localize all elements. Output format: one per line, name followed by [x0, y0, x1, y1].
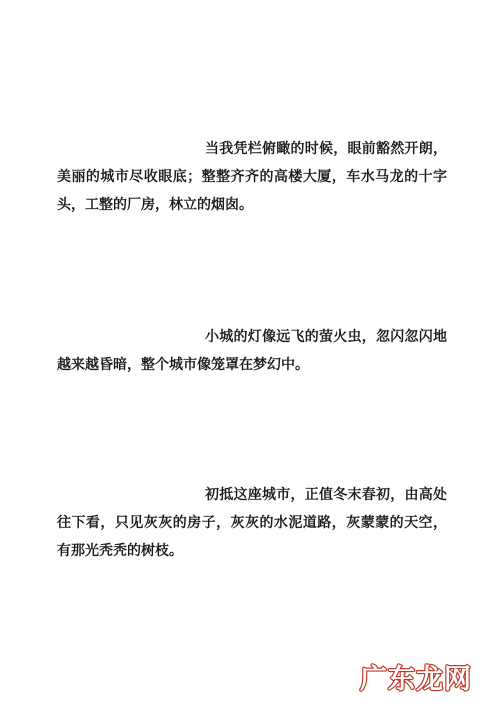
text-line: 越来越昏暗，整个城市像笼罩在梦幻中。: [57, 352, 447, 380]
text-line: 初抵这座城市，正值冬末春初，由高处: [57, 482, 447, 510]
text-line: 美丽的城市尽收眼底；整整齐齐的高楼大厦，车水马龙的十字街: [57, 164, 447, 192]
watermark-text: 广东龙网: [360, 664, 472, 695]
paragraph-first-arrival: 初抵这座城市，正值冬末春初，由高处 往下看，只见灰灰的房子，灰灰的水泥道路，灰蒙…: [57, 482, 447, 566]
text-line: 小城的灯像远飞的萤火虫，忽闪忽闪地: [57, 324, 447, 352]
text-line: 往下看，只见灰灰的房子，灰灰的水泥道路，灰蒙蒙的天空，还: [57, 510, 447, 538]
text-line: 头，工整的厂房，林立的烟囱。: [57, 192, 447, 220]
text-line: 当我凭栏俯瞰的时候，眼前豁然开朗，: [57, 136, 447, 164]
paragraph-city-lights: 小城的灯像远飞的萤火虫，忽闪忽闪地 越来越昏暗，整个城市像笼罩在梦幻中。: [57, 324, 447, 380]
watermark-logo-graphic: 广东龙网: [358, 656, 478, 700]
paragraph-overlook-city: 当我凭栏俯瞰的时候，眼前豁然开朗， 美丽的城市尽收眼底；整整齐齐的高楼大厦，车水…: [57, 136, 447, 220]
document-page: 当我凭栏俯瞰的时候，眼前豁然开朗， 美丽的城市尽收眼底；整整齐齐的高楼大厦，车水…: [0, 0, 500, 707]
text-line: 有那光秃秃的树枝。: [57, 538, 447, 566]
site-watermark: 广东龙网: [358, 656, 478, 700]
